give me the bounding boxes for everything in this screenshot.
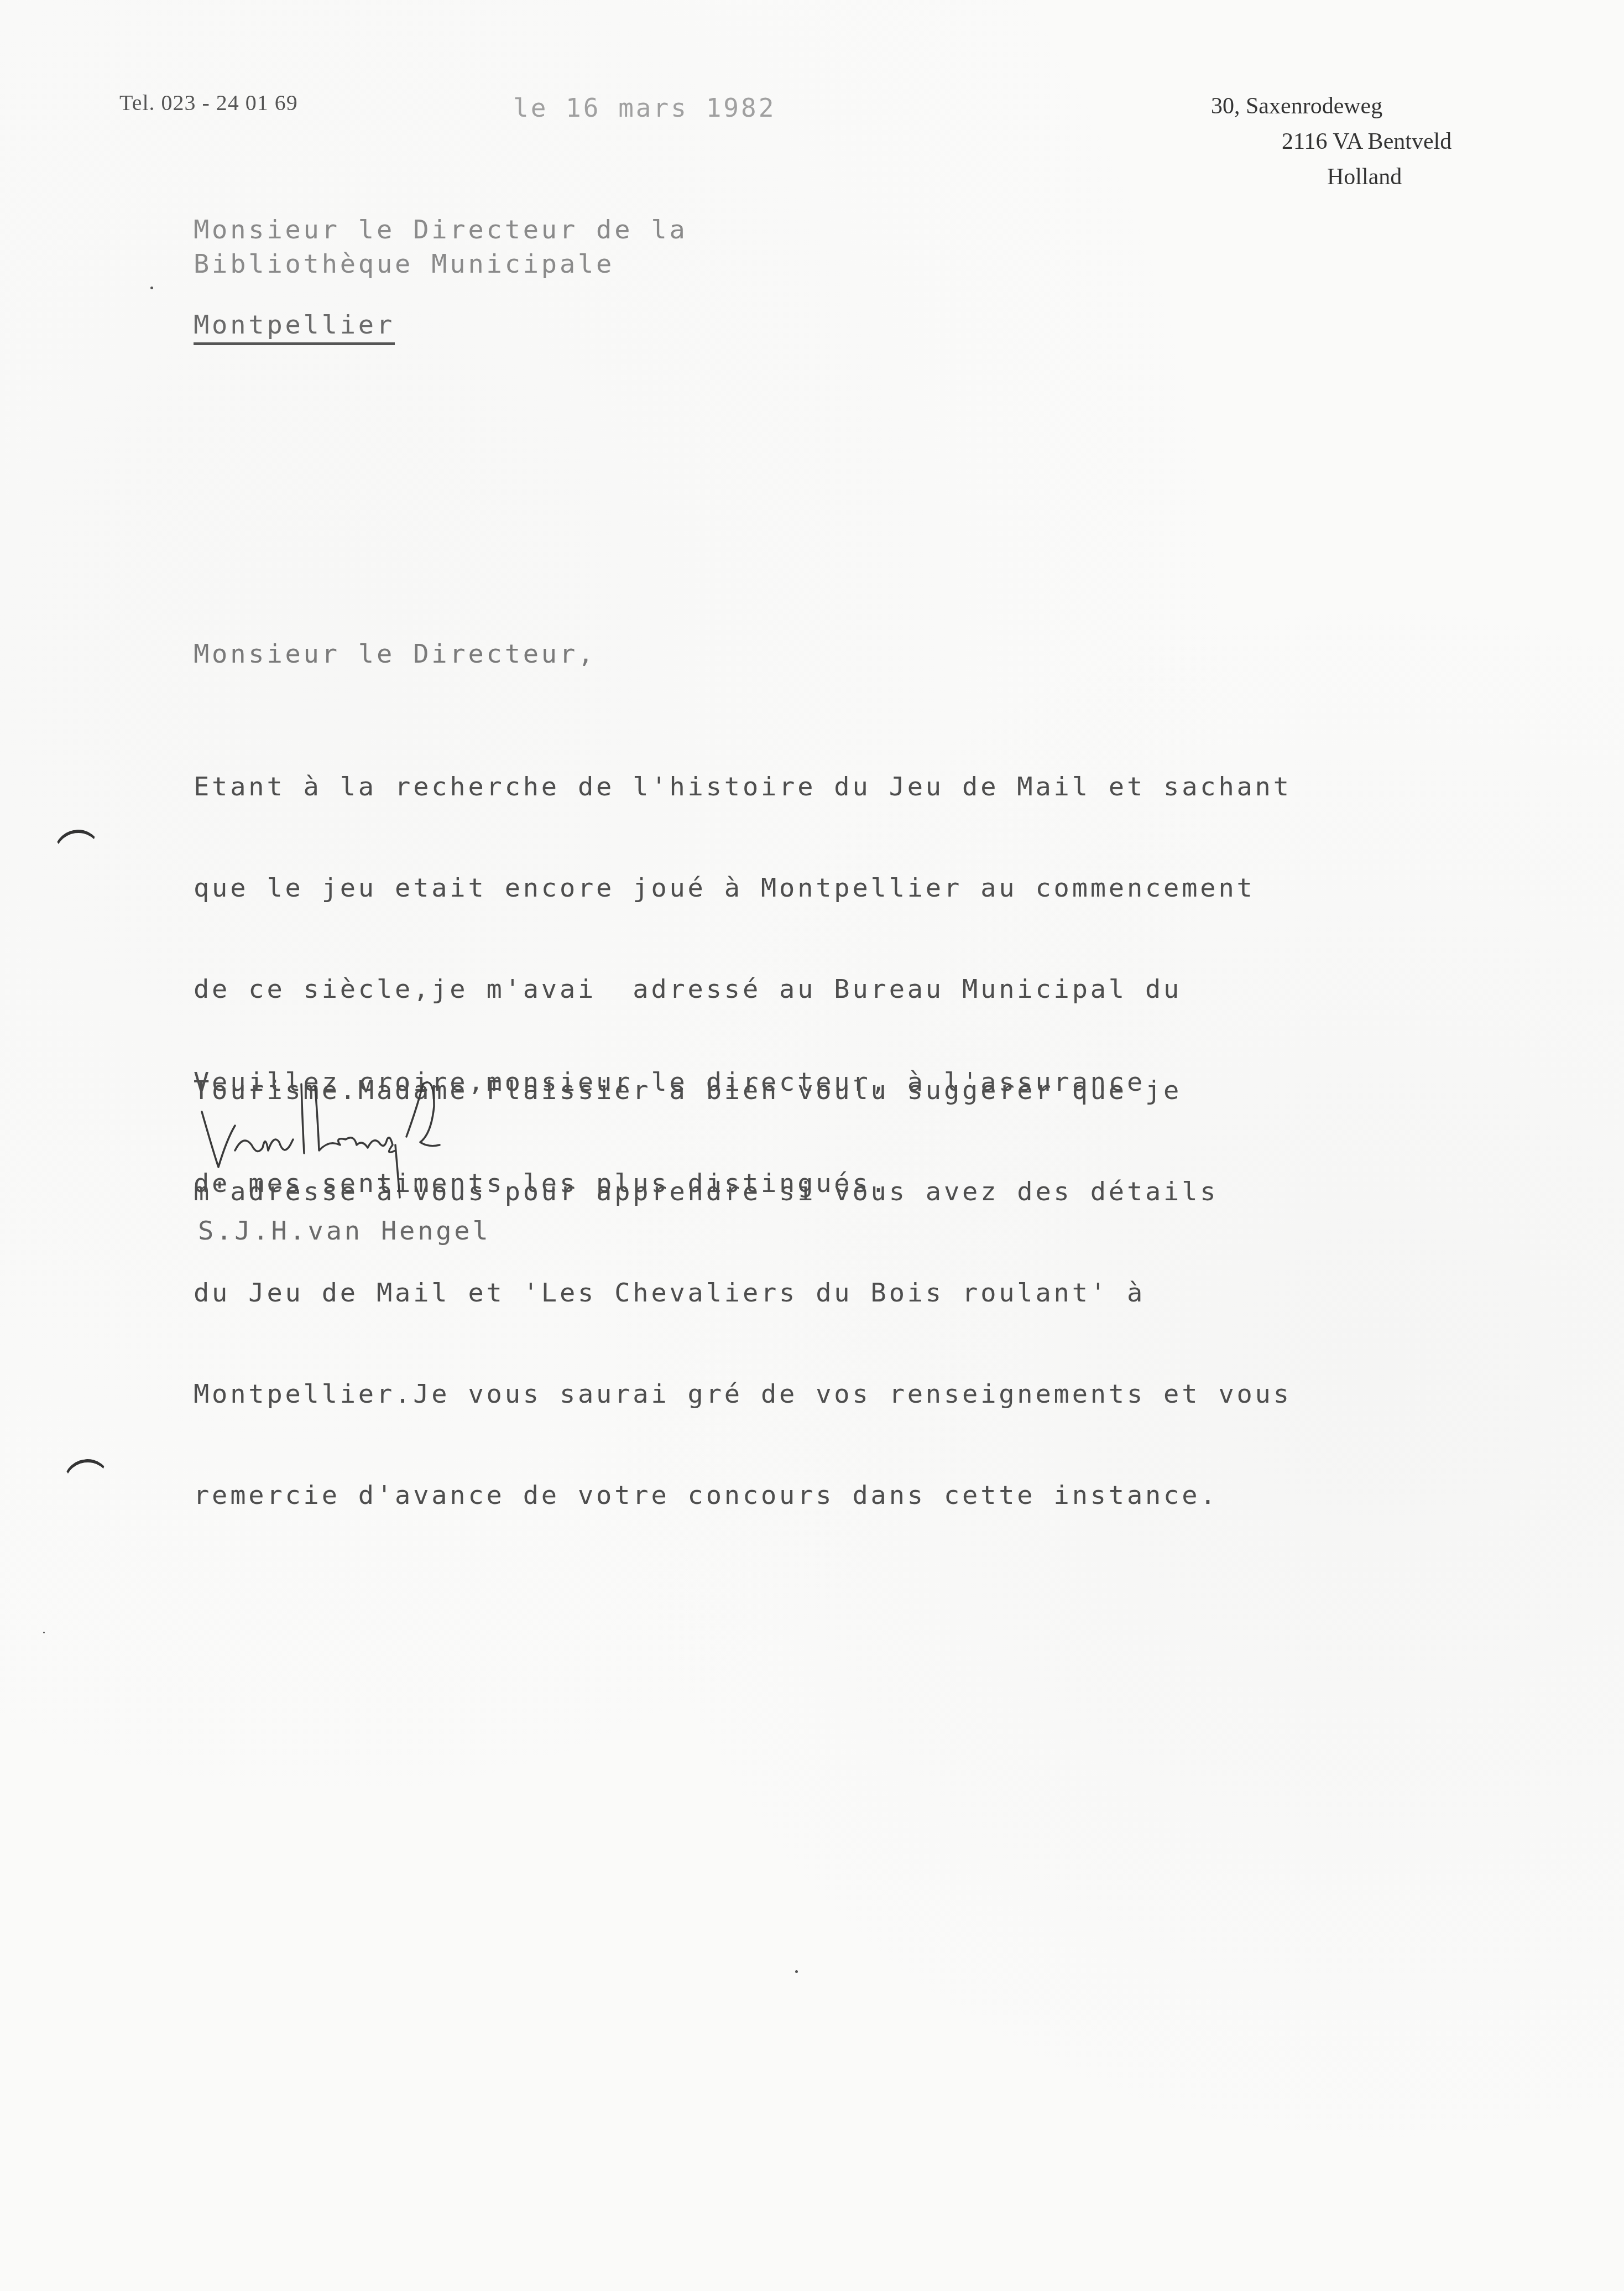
telephone-number: Tel. 023 - 24 01 69 — [119, 90, 298, 116]
recipient-block: Monsieur le Directeur de la Bibliothèque… — [194, 213, 688, 282]
punch-hole-mark — [60, 1456, 114, 1509]
letter-date: le 16 mars 1982 — [513, 93, 776, 123]
letter-page: Tel. 023 - 24 01 69 le 16 mars 1982 30, … — [0, 0, 1624, 2291]
sender-address: 30, Saxenrodeweg 2116 VA Bentveld Hollan… — [1211, 88, 1451, 195]
handwritten-signature — [196, 1073, 506, 1206]
body-line: remercie d'avance de votre concours dans… — [194, 1478, 1292, 1512]
paper-speck — [150, 287, 153, 289]
body-line: que le jeu etait encore joué à Montpelli… — [194, 871, 1292, 905]
recipient-line: Bibliothèque Municipale — [194, 247, 688, 282]
body-line: du Jeu de Mail et 'Les Chevaliers du Boi… — [194, 1276, 1292, 1310]
address-line: Holland — [1327, 159, 1451, 195]
punch-hole-mark — [51, 826, 105, 880]
signer-name: S.J.H.van Hengel — [198, 1216, 491, 1246]
paper-speck — [43, 1632, 45, 1633]
recipient-line: Monsieur le Directeur de la — [194, 213, 688, 247]
salutation: Monsieur le Directeur, — [194, 639, 596, 669]
address-line: 2116 VA Bentveld — [1282, 124, 1451, 159]
recipient-city: Montpellier — [194, 310, 395, 345]
address-line: 30, Saxenrodeweg — [1211, 88, 1451, 124]
body-line: Montpellier.Je vous saurai gré de vos re… — [194, 1377, 1292, 1411]
paper-speck — [795, 1970, 798, 1973]
body-line: Etant à la recherche de l'histoire du Je… — [194, 770, 1292, 804]
